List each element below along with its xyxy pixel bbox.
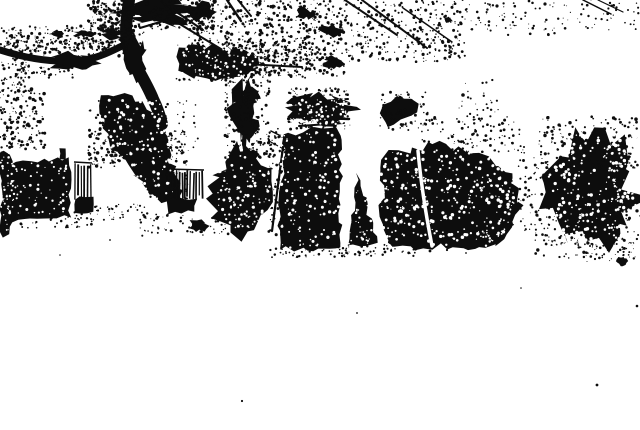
speckle bbox=[325, 88, 326, 89]
speckle bbox=[232, 228, 234, 230]
speckle bbox=[150, 132, 152, 134]
speckle bbox=[365, 51, 366, 52]
speckle bbox=[226, 156, 229, 159]
speckle bbox=[464, 123, 466, 125]
speckle bbox=[401, 114, 403, 116]
speckle bbox=[198, 39, 200, 41]
speckle bbox=[615, 6, 617, 8]
speckle bbox=[299, 226, 301, 228]
speckle bbox=[302, 76, 304, 78]
speckle bbox=[362, 26, 364, 28]
speckle bbox=[440, 220, 441, 221]
speckle bbox=[245, 214, 247, 216]
speckle bbox=[251, 120, 252, 121]
speckle bbox=[308, 28, 311, 31]
speckle bbox=[246, 3, 248, 5]
speckle bbox=[209, 63, 210, 64]
speckle bbox=[627, 155, 630, 158]
speckle bbox=[108, 49, 110, 51]
speckle bbox=[116, 25, 117, 26]
speckle bbox=[133, 113, 134, 114]
speckle bbox=[289, 36, 290, 37]
speckle bbox=[267, 180, 268, 181]
speckle bbox=[265, 185, 267, 187]
speckle bbox=[223, 70, 224, 71]
speckle bbox=[619, 165, 620, 166]
speckle bbox=[17, 70, 18, 71]
speckle bbox=[345, 113, 347, 115]
speckle bbox=[508, 150, 510, 152]
speckle bbox=[161, 150, 163, 152]
speckle bbox=[299, 43, 302, 46]
speckle bbox=[562, 231, 565, 234]
speckle bbox=[380, 24, 383, 27]
speckle bbox=[233, 203, 236, 206]
speckle bbox=[43, 37, 45, 39]
speckle bbox=[344, 125, 345, 126]
speckle bbox=[210, 12, 212, 14]
speckle bbox=[156, 197, 158, 199]
speckle bbox=[438, 49, 440, 51]
speckle bbox=[579, 158, 580, 159]
speckle bbox=[342, 104, 344, 106]
speckle bbox=[429, 12, 432, 15]
speckle bbox=[346, 52, 347, 53]
speckle bbox=[200, 74, 201, 75]
speckle bbox=[620, 261, 621, 262]
speckle bbox=[300, 37, 302, 39]
speckle bbox=[238, 116, 240, 118]
speckle bbox=[245, 21, 247, 23]
speckle bbox=[283, 56, 284, 57]
speckle bbox=[243, 146, 246, 149]
speckle bbox=[627, 163, 630, 166]
speckle bbox=[309, 48, 311, 50]
speckle bbox=[157, 134, 158, 135]
speckle bbox=[270, 18, 273, 21]
speckle bbox=[435, 119, 436, 120]
speckle bbox=[400, 207, 402, 209]
speckle bbox=[411, 204, 413, 206]
speckle bbox=[357, 59, 360, 62]
speckle bbox=[388, 114, 389, 115]
speckle bbox=[629, 137, 631, 139]
speckle bbox=[293, 108, 295, 110]
speckle bbox=[305, 58, 306, 59]
speckle bbox=[321, 106, 323, 108]
speckle bbox=[561, 221, 563, 223]
speckle bbox=[417, 8, 420, 11]
speckle bbox=[520, 18, 522, 20]
speckle bbox=[238, 218, 241, 221]
speckle bbox=[249, 171, 251, 173]
dot bbox=[356, 312, 358, 314]
speckle bbox=[634, 167, 635, 168]
speckle bbox=[65, 165, 67, 167]
speckle bbox=[401, 125, 403, 127]
speckle bbox=[582, 251, 585, 254]
speckle bbox=[126, 186, 129, 189]
speckle bbox=[479, 187, 481, 189]
speckle bbox=[1, 165, 4, 168]
speckle bbox=[615, 209, 618, 212]
spk-left-mid bbox=[0, 87, 46, 150]
speckle bbox=[264, 201, 265, 202]
speckle bbox=[293, 99, 295, 101]
speckle bbox=[431, 220, 434, 223]
speckle bbox=[260, 82, 262, 84]
speckle bbox=[422, 103, 425, 106]
speckle bbox=[138, 184, 139, 185]
speckle bbox=[629, 206, 632, 209]
speckle bbox=[578, 226, 580, 228]
speckle bbox=[337, 88, 340, 91]
speckle bbox=[49, 51, 52, 54]
speckle bbox=[106, 148, 109, 151]
speckle bbox=[311, 58, 312, 59]
speckle bbox=[198, 44, 200, 46]
speckle bbox=[161, 0, 163, 2]
speckle bbox=[567, 178, 570, 181]
speckle bbox=[297, 49, 298, 50]
speckle bbox=[624, 125, 627, 128]
speckle bbox=[247, 185, 249, 187]
speckle bbox=[67, 35, 69, 37]
speckle bbox=[571, 240, 572, 241]
speckle bbox=[433, 232, 435, 234]
speckle bbox=[318, 113, 321, 116]
speckle bbox=[587, 236, 589, 238]
speckle bbox=[250, 100, 251, 101]
speckle bbox=[627, 126, 629, 128]
speckle bbox=[559, 134, 562, 137]
speckle bbox=[413, 246, 415, 248]
speckle bbox=[614, 118, 617, 121]
speckle bbox=[239, 157, 241, 159]
speckle bbox=[281, 166, 282, 167]
speckle bbox=[167, 147, 168, 148]
speckle bbox=[210, 44, 211, 45]
speckle bbox=[278, 43, 279, 44]
speckle bbox=[245, 81, 247, 83]
speckle bbox=[294, 73, 295, 74]
speckle bbox=[169, 166, 172, 169]
speckle bbox=[104, 131, 106, 133]
speckle bbox=[529, 229, 530, 230]
speckle bbox=[552, 190, 555, 193]
speckle bbox=[285, 157, 286, 158]
speckle bbox=[352, 56, 353, 57]
speckle bbox=[68, 44, 70, 46]
speckle bbox=[155, 214, 157, 216]
speckle bbox=[434, 60, 436, 62]
speckle bbox=[592, 163, 595, 166]
speckle bbox=[108, 208, 110, 210]
speckle bbox=[19, 29, 21, 31]
speckle bbox=[246, 32, 247, 33]
speckle bbox=[250, 75, 253, 78]
speckle bbox=[170, 140, 172, 142]
speckle bbox=[4, 203, 6, 205]
speckle bbox=[454, 2, 457, 5]
speckle bbox=[39, 93, 41, 95]
speckle bbox=[488, 20, 491, 23]
spk-mid-sky bbox=[456, 79, 499, 120]
speckle bbox=[250, 19, 253, 22]
speckle bbox=[66, 44, 67, 45]
speckle bbox=[605, 119, 607, 121]
speckle bbox=[363, 250, 365, 252]
speckle bbox=[402, 233, 404, 235]
speckle bbox=[271, 207, 273, 209]
speckle bbox=[310, 63, 311, 64]
speckle bbox=[255, 91, 256, 92]
speckle bbox=[410, 121, 413, 124]
speckle bbox=[187, 61, 188, 62]
speckle bbox=[64, 29, 66, 31]
speckle bbox=[358, 12, 360, 14]
speckle bbox=[92, 54, 94, 56]
speckle bbox=[57, 37, 60, 40]
speckle bbox=[12, 58, 14, 60]
speckle bbox=[572, 189, 573, 190]
speckle bbox=[133, 191, 135, 193]
speckle bbox=[400, 2, 403, 5]
speckle bbox=[291, 88, 292, 89]
speckle bbox=[9, 210, 11, 212]
speckle bbox=[121, 211, 122, 212]
speckle bbox=[234, 214, 236, 216]
speckle bbox=[20, 40, 22, 42]
speckle bbox=[553, 32, 555, 34]
speckle bbox=[53, 38, 54, 39]
speckle bbox=[559, 137, 562, 140]
speckle bbox=[586, 255, 587, 256]
speckle bbox=[78, 55, 79, 56]
speckle bbox=[190, 16, 191, 17]
speckle bbox=[287, 45, 288, 46]
speckle bbox=[605, 188, 607, 190]
speckle bbox=[300, 244, 301, 245]
speckle bbox=[339, 105, 341, 107]
speckle bbox=[552, 6, 553, 7]
speckle bbox=[34, 113, 36, 115]
speckle bbox=[576, 134, 578, 136]
speckle bbox=[623, 149, 626, 152]
speckle bbox=[224, 134, 227, 137]
speckle bbox=[282, 36, 284, 38]
speckle bbox=[313, 16, 316, 19]
speckle bbox=[39, 27, 40, 28]
speckle bbox=[470, 232, 472, 234]
speckle bbox=[36, 47, 38, 49]
speckle bbox=[240, 144, 241, 145]
speckle bbox=[90, 22, 92, 24]
speckle bbox=[615, 161, 617, 163]
speckle bbox=[575, 204, 577, 206]
speckle bbox=[212, 17, 214, 19]
speckle bbox=[313, 122, 315, 124]
speckle bbox=[367, 46, 369, 48]
speckle bbox=[246, 210, 248, 212]
speckle bbox=[179, 182, 180, 183]
speckle bbox=[546, 116, 549, 119]
speckle bbox=[469, 113, 471, 115]
speckle bbox=[573, 165, 575, 167]
speckle bbox=[283, 19, 285, 21]
speckle bbox=[4, 45, 6, 47]
speckle bbox=[385, 104, 388, 107]
speckle bbox=[531, 2, 534, 5]
speckle bbox=[452, 45, 454, 47]
speckle bbox=[248, 216, 250, 218]
speckle bbox=[230, 118, 233, 121]
speckle bbox=[252, 147, 254, 149]
speckle bbox=[237, 69, 239, 71]
speckle bbox=[419, 177, 420, 178]
dot bbox=[520, 287, 522, 289]
speckle bbox=[268, 195, 271, 198]
speckle bbox=[461, 16, 463, 18]
speckle bbox=[20, 144, 23, 147]
speckle bbox=[232, 24, 233, 25]
speckle bbox=[315, 153, 316, 154]
speckle bbox=[344, 19, 347, 22]
speckle bbox=[192, 219, 193, 220]
speckle bbox=[284, 135, 285, 136]
speckle bbox=[524, 186, 527, 189]
speckle bbox=[196, 2, 198, 4]
speckle bbox=[227, 145, 228, 146]
speckle bbox=[455, 199, 457, 201]
speckle bbox=[186, 100, 187, 101]
speckle bbox=[250, 103, 253, 106]
speckle bbox=[347, 115, 349, 117]
speckle bbox=[300, 19, 302, 21]
speckle bbox=[491, 239, 492, 240]
speckle bbox=[240, 120, 241, 121]
speckle bbox=[575, 225, 576, 226]
speckle bbox=[107, 115, 110, 118]
speckle bbox=[443, 57, 446, 60]
speckle bbox=[8, 209, 9, 210]
speckle bbox=[183, 146, 184, 147]
speckle bbox=[614, 181, 615, 182]
speckle bbox=[373, 250, 375, 252]
speckle bbox=[426, 203, 429, 206]
speckle bbox=[322, 250, 324, 252]
speckle bbox=[223, 75, 224, 76]
speckle bbox=[554, 165, 558, 169]
speckle bbox=[242, 39, 243, 40]
speckle bbox=[482, 125, 484, 127]
speckle bbox=[97, 33, 99, 35]
speckle bbox=[406, 202, 407, 203]
speckle bbox=[327, 159, 329, 161]
speckle bbox=[67, 30, 69, 32]
speckle bbox=[243, 57, 244, 58]
speckle bbox=[385, 157, 388, 160]
speckle bbox=[145, 218, 146, 219]
speckle bbox=[242, 36, 243, 37]
speckle bbox=[88, 158, 90, 160]
speckle bbox=[141, 140, 143, 142]
speckle bbox=[220, 189, 223, 192]
speckle bbox=[71, 27, 74, 30]
speckle bbox=[450, 22, 451, 23]
speckle bbox=[507, 239, 509, 241]
speckle bbox=[429, 16, 431, 18]
speckle bbox=[266, 95, 268, 97]
speckle bbox=[210, 0, 211, 1]
speckle bbox=[509, 200, 511, 202]
speckle bbox=[615, 254, 616, 255]
speckle bbox=[581, 171, 583, 173]
speckle bbox=[5, 219, 6, 220]
speckle bbox=[449, 161, 452, 164]
speckle bbox=[355, 212, 358, 215]
speckle bbox=[598, 209, 599, 210]
speckle bbox=[136, 175, 138, 177]
speckle bbox=[425, 119, 427, 121]
speckle bbox=[413, 57, 415, 59]
speckle bbox=[286, 141, 287, 142]
speckle bbox=[90, 223, 93, 226]
speckle bbox=[221, 78, 223, 80]
speckle bbox=[3, 201, 4, 202]
speckle bbox=[449, 49, 451, 51]
speckle bbox=[112, 29, 115, 32]
speckle bbox=[259, 156, 262, 159]
speckle bbox=[339, 103, 341, 105]
speckle bbox=[202, 70, 203, 71]
speckle bbox=[58, 170, 60, 172]
speckle bbox=[503, 128, 506, 131]
speckle bbox=[622, 163, 623, 164]
speckle bbox=[21, 94, 22, 95]
speckle bbox=[535, 210, 538, 213]
speckle bbox=[463, 211, 466, 214]
speckle bbox=[465, 8, 467, 10]
speckle bbox=[420, 188, 422, 190]
speckle bbox=[188, 12, 190, 14]
speckle bbox=[17, 83, 19, 85]
speckle bbox=[225, 37, 227, 39]
speckle bbox=[257, 226, 259, 228]
speckle bbox=[447, 39, 449, 41]
speckle bbox=[330, 253, 332, 255]
speckle bbox=[318, 15, 321, 18]
speckle bbox=[530, 212, 531, 213]
speckle bbox=[259, 48, 261, 50]
speckle bbox=[356, 44, 358, 46]
speckle bbox=[17, 89, 20, 92]
speckle bbox=[585, 251, 588, 254]
speckle bbox=[127, 119, 129, 121]
speckle bbox=[614, 144, 618, 148]
speckle bbox=[326, 192, 329, 195]
speckle bbox=[568, 257, 570, 259]
speckle bbox=[633, 138, 636, 141]
speckle bbox=[327, 8, 330, 11]
speckle bbox=[426, 39, 428, 41]
speckle bbox=[186, 191, 188, 193]
speckle bbox=[391, 249, 392, 250]
speckle bbox=[99, 19, 102, 22]
speckle bbox=[85, 40, 86, 41]
speckle bbox=[620, 243, 622, 245]
speckle bbox=[232, 74, 234, 76]
